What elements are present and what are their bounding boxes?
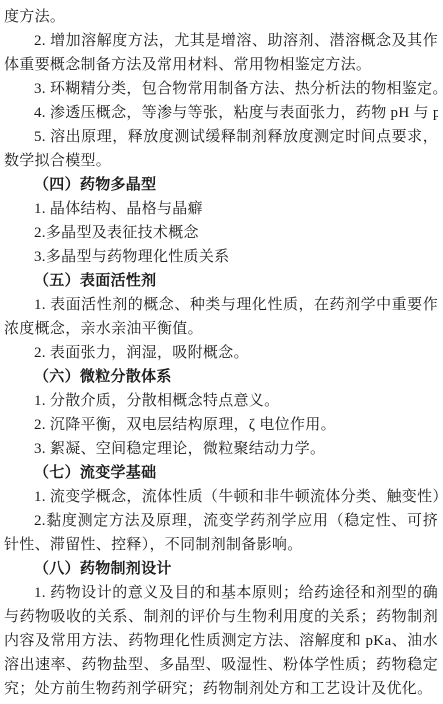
text-line: 2.多晶型及表征技术概念 — [4, 221, 438, 245]
text-line: 浓度概念，亲水亲油平衡值。 — [4, 317, 438, 341]
text-line: 度方法。 — [4, 5, 438, 29]
text-line: 4. 渗透压概念，等渗与等张，粘度与表面张力，药物 pH 与 pKa 概念。 — [4, 101, 438, 125]
document-body: 度方法。2. 增加溶解度方法，尤其是增溶、助溶剂、潜溶概念及其作用，固体分散体重… — [4, 5, 438, 701]
text-line: 溶出速率、药物盐型、多晶型、吸湿性、粉体学性质；药物稳定性和辅料配伍研 — [4, 653, 438, 677]
text-line: 3. 絮凝、空间稳定理论，微粒聚结动力学。 — [4, 437, 438, 461]
text-line: 2. 沉降平衡，双电层结构原理，ζ 电位作用。 — [4, 413, 438, 437]
text-line: 1. 流变学概念，流体性质（牛顿和非牛顿流体分类、触变性） — [4, 485, 438, 509]
text-line: 究；处方前生物药剂学研究；药物制剂处方和工艺设计及优化。 — [4, 677, 438, 701]
section-heading: （六）微粒分散体系 — [4, 365, 438, 389]
section-heading: （五）表面活性剂 — [4, 269, 438, 293]
text-line: 针性、滞留性、控释），不同制剂制备影响。 — [4, 533, 438, 557]
text-line: 5. 溶出原理，释放度测试缓释制剂释放度测定时间点要求，药物释放类型 — [4, 125, 438, 149]
text-line: 数学拟合模型。 — [4, 149, 438, 173]
text-line: 2. 表面张力，润湿，吸附概念。 — [4, 341, 438, 365]
text-line: 2.黏度测定方法及原理，流变学药剂学应用（稳定性、可挤压、涂展性、通 — [4, 509, 438, 533]
text-line: 内容及常用方法、药物理化性质测定方法、溶解度和 pKa、油水分配系数、药物 — [4, 629, 438, 653]
text-line: 1. 晶体结构、晶格与晶癖 — [4, 197, 438, 221]
section-heading: （八）药物制剂设计 — [4, 557, 438, 581]
section-heading: （四）药物多晶型 — [4, 173, 438, 197]
text-line: 1. 药物设计的意义及目的和基本原则；给药途径和剂型的确定原则、剂型 — [4, 581, 438, 605]
text-line: 1. 表面活性剂的概念、种类与理化性质，在药剂学中重要作用，临界胶束 — [4, 293, 438, 317]
text-line: 2. 增加溶解度方法，尤其是增溶、助溶剂、潜溶概念及其作用，固体分散 — [4, 29, 438, 53]
text-line: 3.多晶型与药物理化性质关系 — [4, 245, 438, 269]
document-page: 度方法。2. 增加溶解度方法，尤其是增溶、助溶剂、潜溶概念及其作用，固体分散体重… — [0, 0, 443, 704]
text-line: 体重要概念制备方法及常用材料、常用物相鉴定方法。 — [4, 53, 438, 77]
section-heading: （七）流变学基础 — [4, 461, 438, 485]
text-line: 与药物吸收的关系、制剂的评价与生物利用度的关系；药物制剂设计处方前研究 — [4, 605, 438, 629]
text-line: 3. 环糊精分类，包合物常用制备方法、热分析法的物相鉴定。 — [4, 77, 438, 101]
text-line: 1. 分散介质，分散相概念特点意义。 — [4, 389, 438, 413]
